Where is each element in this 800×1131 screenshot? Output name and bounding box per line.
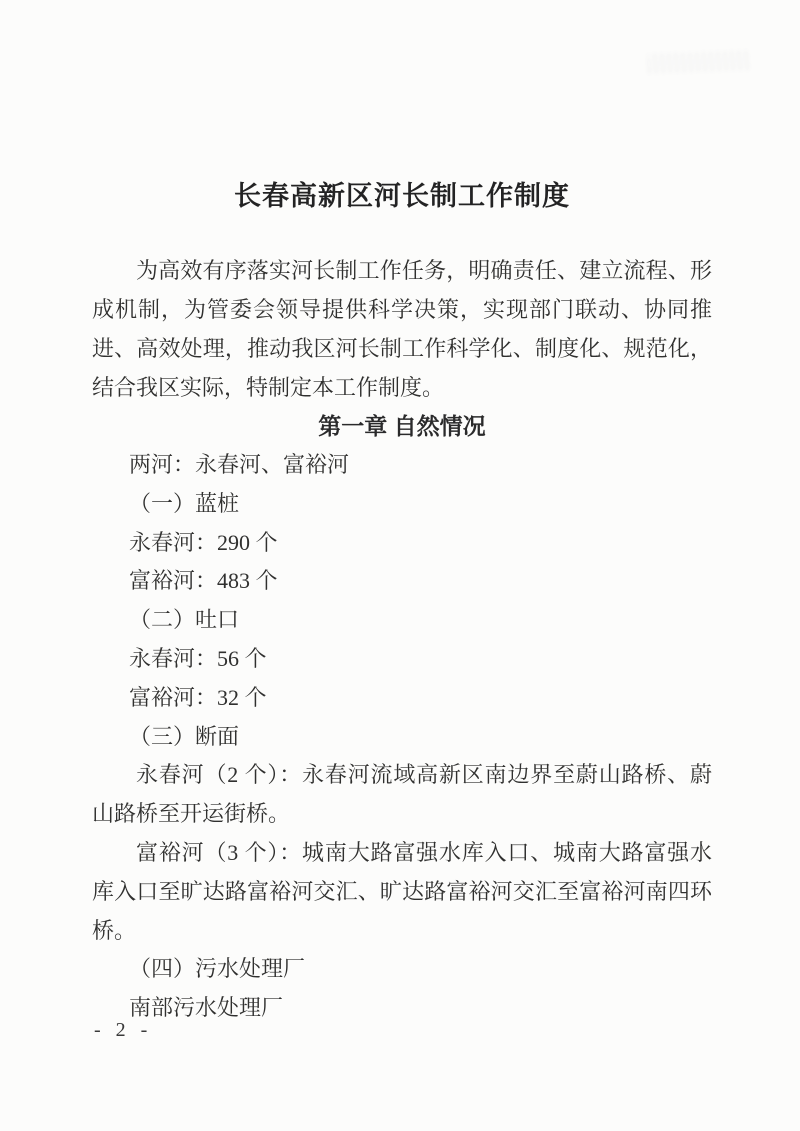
fuyu-sections-paragraph: 富裕河（3 个）：城南大路富强水库入口、城南大路富强水库入口至旷达路富裕河交汇、… (92, 834, 712, 950)
list-item: （四）污水处理厂 (92, 950, 712, 989)
intro-paragraph: 为高效有序落实河长制工作任务，明确责任、建立流程、形成机制，为管委会领导提供科学… (92, 251, 712, 407)
list-item: （一）蓝桩 (92, 485, 712, 524)
chapter-heading: 第一章 自然情况 (92, 407, 712, 446)
list-item: 富裕河：483 个 (92, 562, 712, 601)
document-title: 长春高新区河长制工作制度 (92, 178, 712, 214)
document-page: 长春高新区河长制工作制度 为高效有序落实河长制工作任务，明确责任、建立流程、形成… (0, 0, 800, 1131)
list-item: 永春河：56 个 (92, 640, 712, 679)
document-content: 长春高新区河长制工作制度 为高效有序落实河长制工作任务，明确责任、建立流程、形成… (92, 0, 712, 1028)
list-item: （三）断面 (92, 718, 712, 757)
list-item: 两河：永春河、富裕河 (92, 446, 712, 485)
page-number: - 2 - (94, 1019, 152, 1042)
list-item: 南部污水处理厂 (92, 989, 712, 1028)
list-item: （二）吐口 (92, 601, 712, 640)
list-item: 富裕河：32 个 (92, 679, 712, 718)
list-item: 永春河：290 个 (92, 524, 712, 563)
yongchun-sections-paragraph: 永春河（2 个）：永春河流域高新区南边界至蔚山路桥、蔚山路桥至开运街桥。 (92, 756, 712, 834)
